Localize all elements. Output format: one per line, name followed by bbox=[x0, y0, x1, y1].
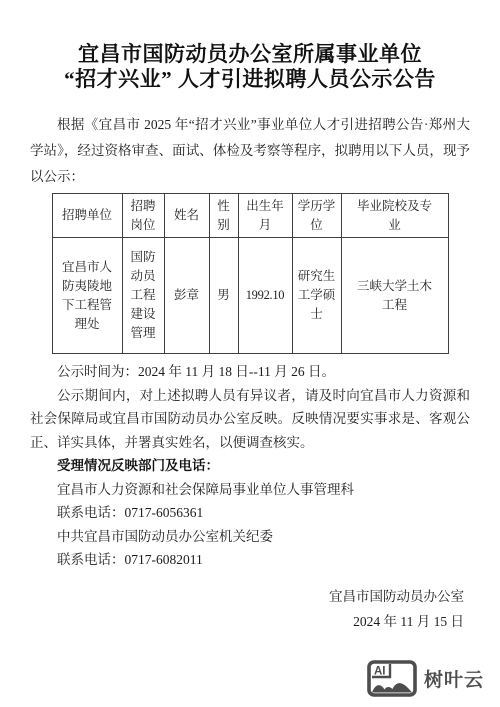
signature-date: 2024 年 11 月 15 日 bbox=[0, 609, 464, 634]
signature-org: 宜昌市国防动员办公室 bbox=[0, 584, 464, 609]
cell-school-major: 三峡大学土木工程 bbox=[341, 238, 448, 354]
header-gender: 性别 bbox=[209, 194, 238, 238]
publicity-period: 公示时间为：2024 年 11 月 18 日--11 月 26 日。 bbox=[30, 360, 470, 384]
intro-paragraph: 根据《宜昌市 2025 年“招才兴业”事业单位人才引进招聘公告·郑州大学站》，经… bbox=[30, 112, 470, 190]
announcement-page: 宜昌市国防动员办公室所属事业单位 “招才兴业” 人才引进拟聘人员公示公告 根据《… bbox=[0, 0, 500, 707]
header-position: 招聘岗位 bbox=[122, 194, 164, 238]
table-row: 宜昌市人防夷陵地下工程管理处 国防动员工程建设管理 彭章 男 1992.10 研… bbox=[52, 238, 448, 354]
personnel-table: 招聘单位 招聘岗位 姓名 性别 出生年月 学历学位 毕业院校及专业 宜昌市人防夷… bbox=[52, 193, 449, 354]
contact-dept-1: 宜昌市人力资源和社会保障局事业单位人事管理科 bbox=[30, 478, 470, 502]
page-title: 宜昌市国防动员办公室所属事业单位 “招才兴业” 人才引进拟聘人员公示公告 bbox=[28, 42, 472, 92]
contact-phone-1: 联系电话：0717-6056361 bbox=[30, 501, 470, 525]
watermark-brand-text: 树叶云 bbox=[424, 665, 484, 692]
cell-name: 彭章 bbox=[164, 238, 209, 354]
contact-dept-2: 中共宜昌市国防动员办公室机关纪委 bbox=[30, 525, 470, 549]
cell-position: 国防动员工程建设管理 bbox=[122, 238, 164, 354]
header-school-major: 毕业院校及专业 bbox=[341, 194, 448, 238]
cell-birth-date: 1992.10 bbox=[238, 238, 292, 354]
header-name: 姓名 bbox=[164, 194, 209, 238]
header-recruiting-unit: 招聘单位 bbox=[52, 194, 122, 238]
signature-block: 宜昌市国防动员办公室 2024 年 11 月 15 日 bbox=[0, 584, 464, 634]
ai-image-icon: AI bbox=[367, 660, 417, 697]
cell-gender: 男 bbox=[209, 238, 238, 354]
header-degree: 学历学位 bbox=[292, 194, 341, 238]
table-header-row: 招聘单位 招聘岗位 姓名 性别 出生年月 学历学位 毕业院校及专业 bbox=[52, 194, 448, 238]
title-line-1: 宜昌市国防动员办公室所属事业单位 bbox=[28, 42, 472, 67]
header-birth-date: 出生年月 bbox=[238, 194, 292, 238]
contact-phone-2: 联系电话：0717-6082011 bbox=[30, 548, 470, 572]
cell-recruiting-unit: 宜昌市人防夷陵地下工程管理处 bbox=[52, 238, 122, 354]
watermark: AI 树叶云 bbox=[367, 660, 484, 697]
cell-degree: 研究生工学硕士 bbox=[292, 238, 341, 354]
title-line-2: “招才兴业” 人才引进拟聘人员公示公告 bbox=[28, 67, 472, 92]
svg-text:AI: AI bbox=[374, 666, 386, 678]
contact-heading: 受理情况反映部门及电话： bbox=[30, 454, 470, 478]
objection-paragraph: 公示期间内，对上述拟聘人员有异议者，请及时向宜昌市人力资源和社会保障局或宜昌市国… bbox=[30, 384, 470, 455]
